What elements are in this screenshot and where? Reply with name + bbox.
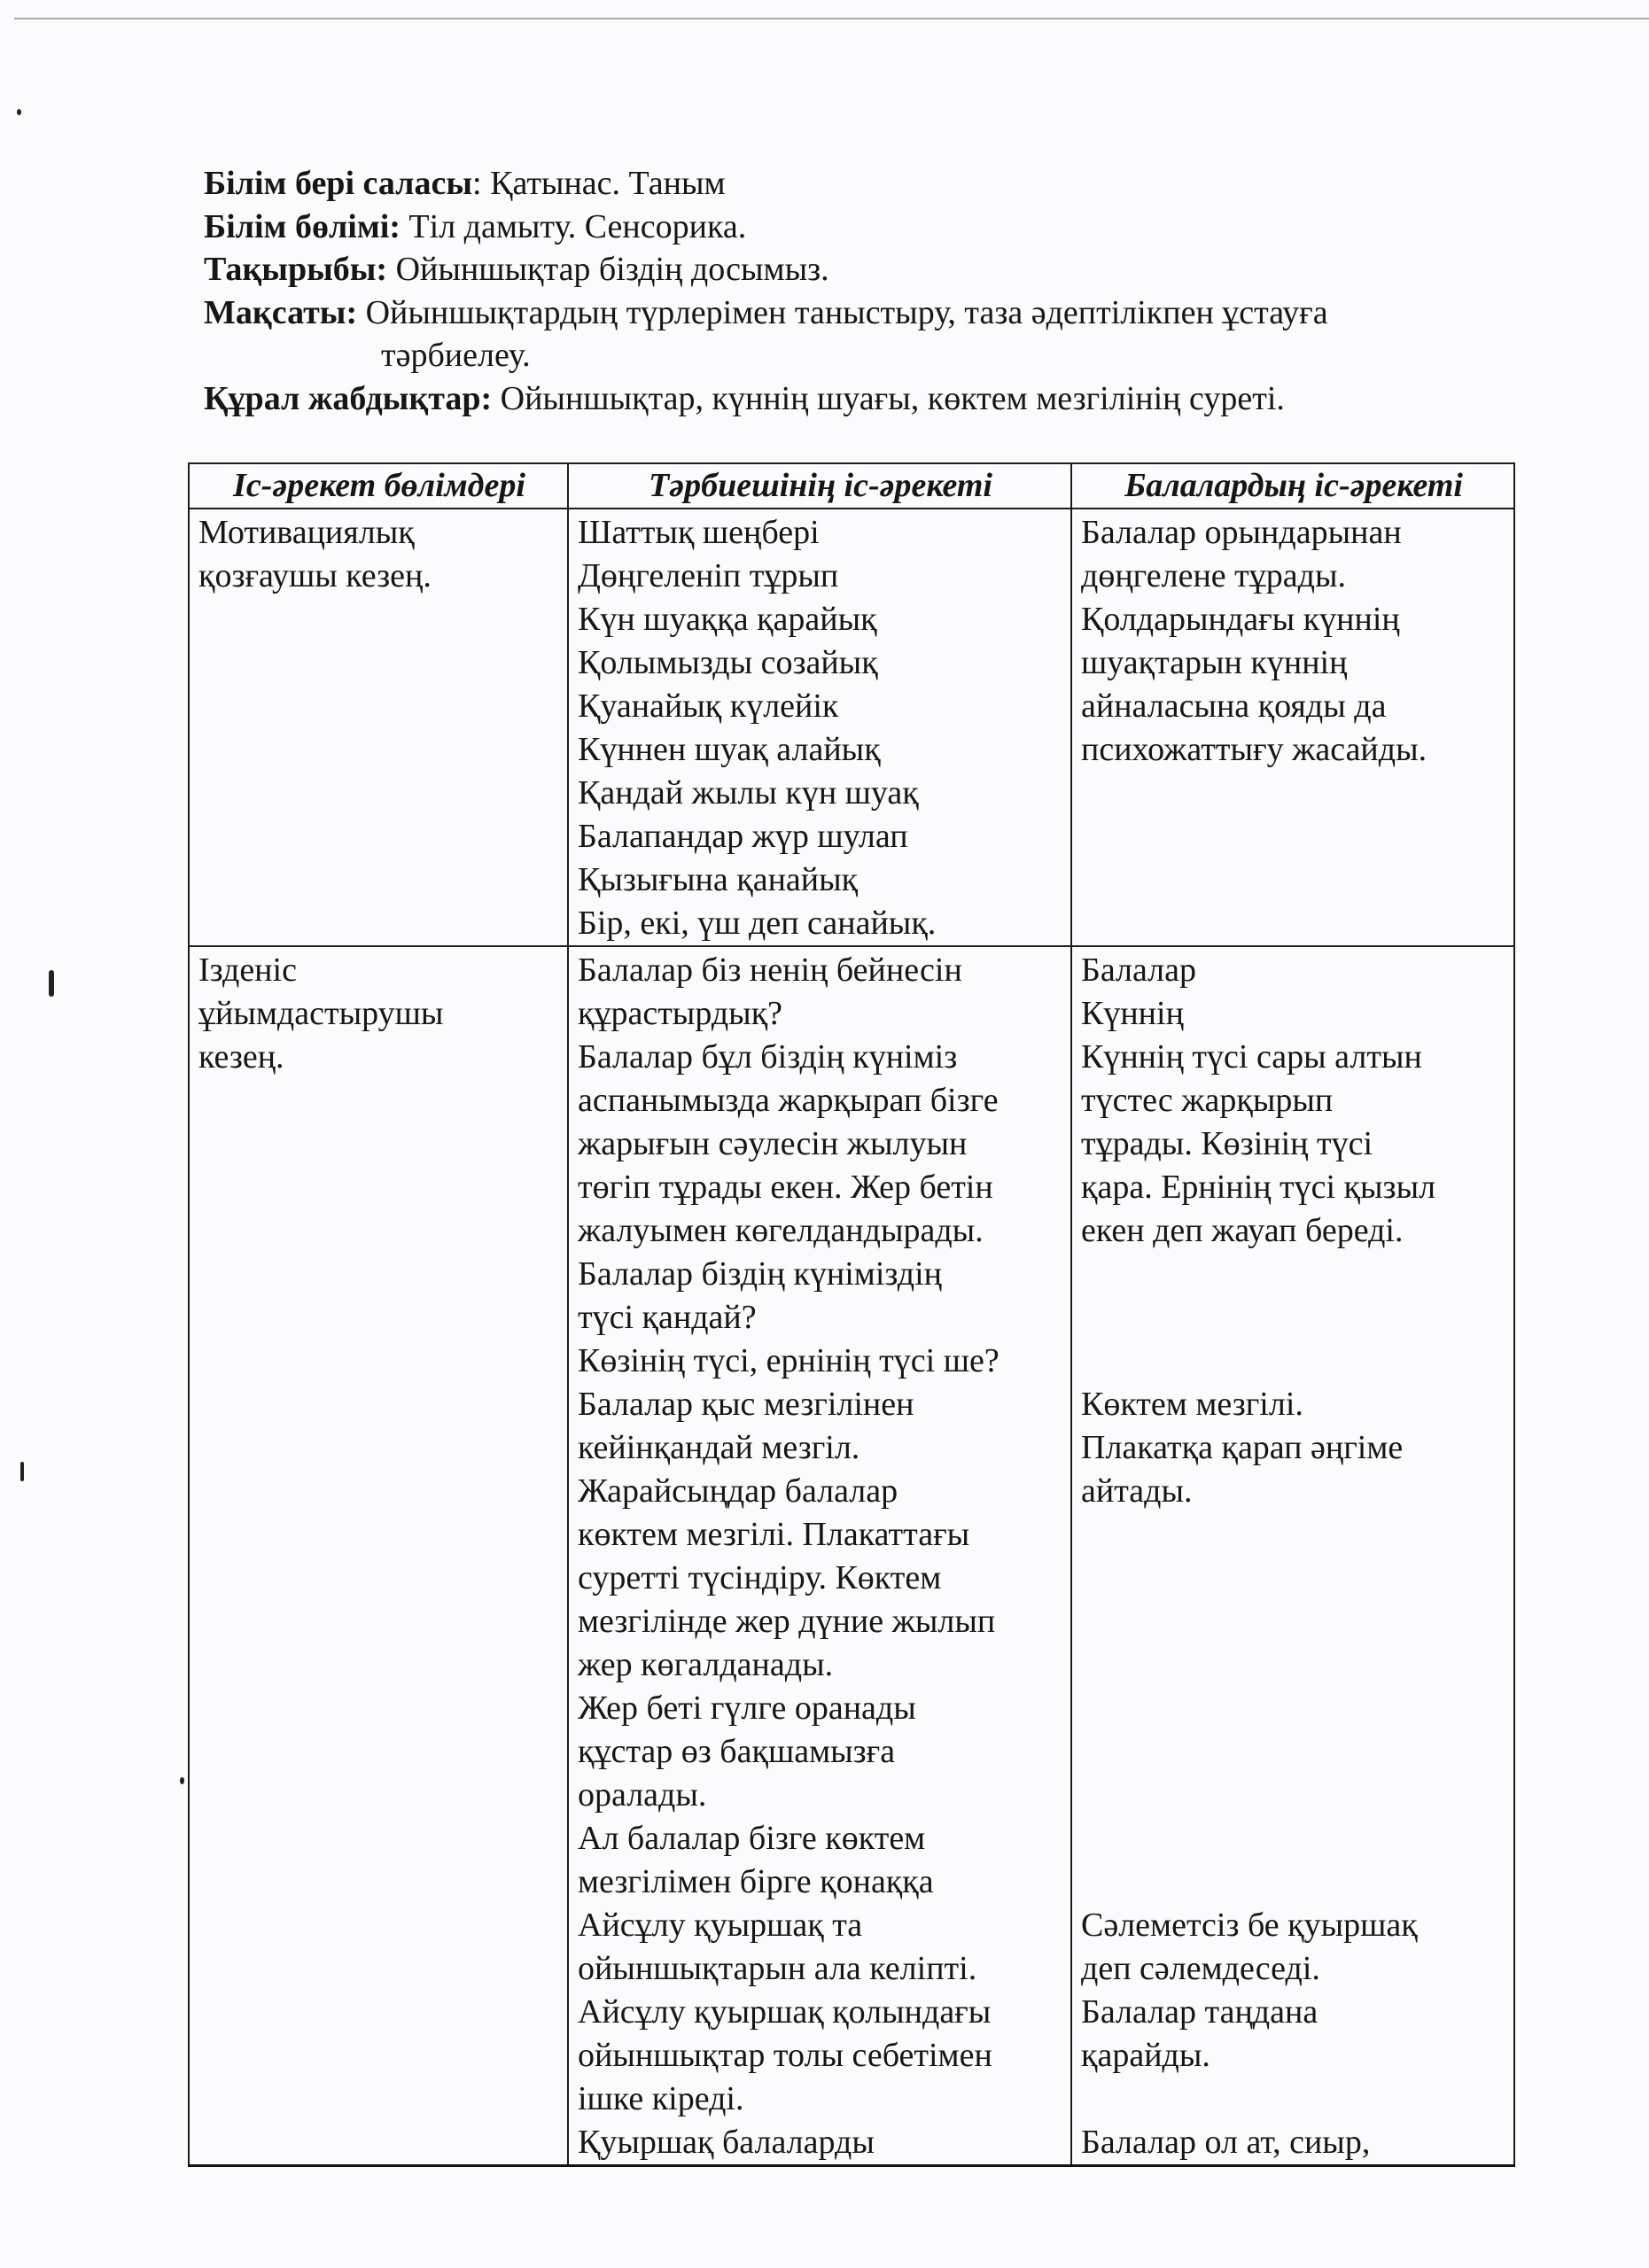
- cell-text-line: [1081, 1730, 1506, 1774]
- field-education-area: Білім бері саласы: Қатынас. Таным: [204, 162, 1515, 206]
- scan-speck: [49, 970, 54, 997]
- cell-text-line: Жер беті гүлге оранады: [578, 1687, 1063, 1730]
- field-equipment: Құрал жабдықтар: Ойыншықтар, күннің шуағ…: [204, 377, 1515, 421]
- cell-text-line: мезгілінде жер дүние жылып: [578, 1600, 1063, 1643]
- cell-text-line: шуақтарын күннің: [1081, 641, 1506, 685]
- cell-text-line: Жарайсыңдар балалар: [578, 1470, 1063, 1513]
- cell-text-line: тұрады. Көзінің түсі: [1081, 1122, 1506, 1166]
- field-goal: Мақсаты: Ойыншықтардың түрлерімен таныст…: [204, 291, 1515, 335]
- cell-text-line: Көктем мезгілі.: [1081, 1383, 1506, 1426]
- scan-speck: [180, 1777, 184, 1784]
- cell-text-line: ойыншықтар толы себетімен: [578, 2034, 1063, 2078]
- cell-text-line: құрастырдық?: [578, 992, 1063, 1036]
- cell-text-line: айтады.: [1081, 1470, 1506, 1513]
- cell-text-line: [1081, 1600, 1506, 1643]
- column-header-children: Балалардың іс-әрекеті: [1071, 463, 1514, 509]
- cell-text-line: психожаттығу жасайды.: [1081, 728, 1506, 772]
- cell-text-line: Балалар бұл біздің күніміз: [578, 1036, 1063, 1079]
- cell-text-line: Қызығына қанайық: [578, 858, 1063, 902]
- cell-text-line: суретті түсіндіру. Көктем: [578, 1557, 1063, 1600]
- lesson-header: Білім бері саласы: Қатынас. Таным Білім …: [204, 162, 1515, 420]
- cell-text-line: [1081, 2078, 1506, 2121]
- table-row: Ізденісұйымдастырушыкезең. Балалар біз н…: [189, 946, 1514, 2166]
- field-label: Мақсаты:: [204, 294, 357, 331]
- cell-text-line: дөңгелене тұрады.: [1081, 555, 1506, 598]
- cell-text-line: Күннің: [1081, 992, 1506, 1036]
- cell-text-line: Балапандар жүр шулап: [578, 815, 1063, 858]
- cell-text-line: түстес жарқырып: [1081, 1079, 1506, 1122]
- table-row: Мотивациялыққозғаушы кезең. Шаттық шеңбе…: [189, 509, 1514, 946]
- field-label: Білім бөлімі:: [204, 208, 401, 245]
- cell-text-line: көктем мезгілі. Плакаттағы: [578, 1513, 1063, 1557]
- teacher-cell: Балалар біз ненің бейнесінқұрастырдық?Ба…: [568, 946, 1071, 2166]
- cell-text-line: Қандай жылы күн шуақ: [578, 772, 1063, 815]
- cell-text-line: [1081, 1817, 1506, 1860]
- field-sep: :: [472, 165, 490, 202]
- cell-text-line: Мотивациялық: [198, 511, 560, 555]
- field-label: Тақырыбы:: [204, 251, 387, 288]
- cell-text-line: аспанымызда жарқырап бізге: [578, 1079, 1063, 1122]
- cell-text-line: [1081, 1687, 1506, 1730]
- cell-text-line: Балалар таңдана: [1081, 1991, 1506, 2034]
- field-value: Қатынас. Таным: [490, 165, 725, 202]
- stage-cell: Ізденісұйымдастырушыкезең.: [189, 946, 568, 2166]
- cell-text-line: жер көгалданады.: [578, 1643, 1063, 1687]
- stage-cell: Мотивациялыққозғаушы кезең.: [189, 509, 568, 946]
- field-label: Білім бері саласы: [204, 165, 472, 202]
- column-header-stage: Іс-әрекет бөлімдері: [189, 463, 568, 509]
- cell-text-line: [1081, 1643, 1506, 1687]
- field-value: Ойыншықтардың түрлерімен таныстыру, таза…: [366, 294, 1328, 331]
- lesson-plan-table: Іс-әрекет бөлімдері Тәрбиешінің іс-әреке…: [188, 462, 1515, 2167]
- cell-text-line: төгіп тұрады екен. Жер бетін: [578, 1166, 1063, 1209]
- scan-speck: [17, 109, 21, 115]
- field-sep: [357, 294, 366, 331]
- scan-edge-line: [14, 18, 1649, 19]
- cell-text-line: екен деп жауап береді.: [1081, 1209, 1506, 1253]
- cell-text-line: [1081, 1340, 1506, 1383]
- children-cell: Балалар орындарынандөңгелене тұрады.Қолд…: [1071, 509, 1514, 946]
- cell-text-line: ұйымдастырушы: [198, 992, 560, 1036]
- cell-text-line: Балалар ол ат, сиыр,: [1081, 2121, 1506, 2164]
- cell-text-line: қарайды.: [1081, 2034, 1506, 2078]
- cell-text-line: Ізденіс: [198, 949, 560, 992]
- field-value: Тіл дамыту. Сенсорика.: [408, 208, 746, 245]
- cell-text-line: [1081, 1557, 1506, 1600]
- cell-text-line: Балалар орындарынан: [1081, 511, 1506, 555]
- field-label: Құрал жабдықтар:: [204, 380, 492, 417]
- cell-text-line: Күннің түсі сары алтын: [1081, 1036, 1506, 1079]
- column-header-teacher: Тәрбиешінің іс-әрекеті: [568, 463, 1071, 509]
- cell-text-line: құстар өз бақшамызға: [578, 1730, 1063, 1774]
- cell-text-line: Балалар біз ненің бейнесін: [578, 949, 1063, 992]
- cell-text-line: [1081, 1513, 1506, 1557]
- cell-text-line: [1081, 1296, 1506, 1340]
- field-goal-continuation: тәрбиелеу.: [204, 334, 1515, 377]
- cell-text-line: Сәлеметсіз бе қуыршақ: [1081, 1904, 1506, 1947]
- field-value: Ойыншықтар біздің досымыз.: [396, 251, 829, 288]
- cell-text-line: Күннен шуақ алайық: [578, 728, 1063, 772]
- field-topic: Тақырыбы: Ойыншықтар біздің досымыз.: [204, 248, 1515, 291]
- field-sep: [401, 208, 409, 245]
- teacher-cell: Шаттық шеңберіДөңгеленіп тұрыпКүн шуаққа…: [568, 509, 1071, 946]
- cell-text-line: Плакатқа қарап әңгіме: [1081, 1426, 1506, 1470]
- cell-text-line: Бір, екі, үш деп санайық.: [578, 902, 1063, 945]
- cell-text-line: [1081, 1860, 1506, 1904]
- field-education-section: Білім бөлімі: Тіл дамыту. Сенсорика.: [204, 206, 1515, 249]
- cell-text-line: Қуанайық күлейік: [578, 685, 1063, 728]
- cell-text-line: түсі қандай?: [578, 1296, 1063, 1340]
- cell-text-line: Балалар қыс мезгілінен: [578, 1383, 1063, 1426]
- cell-text-line: деп сәлемдеседі.: [1081, 1947, 1506, 1991]
- cell-text-line: Көзінің түсі, ернінің түсі ше?: [578, 1340, 1063, 1383]
- children-cell: БалаларКүнніңКүннің түсі сары алтынтүсте…: [1071, 946, 1514, 2166]
- cell-text-line: Дөңгеленіп тұрып: [578, 555, 1063, 598]
- cell-text-line: жалуымен көгелдандырады.: [578, 1209, 1063, 1253]
- cell-text-line: [1081, 1774, 1506, 1817]
- cell-text-line: қара. Ернінің түсі қызыл: [1081, 1166, 1506, 1209]
- cell-text-line: ойыншықтарын ала келіпті.: [578, 1947, 1063, 1991]
- cell-text-line: жарығын сәулесін жылуын: [578, 1122, 1063, 1166]
- cell-text-line: ішке кіреді.: [578, 2078, 1063, 2121]
- field-value: Ойыншықтар, күннің шуағы, көктем мезгілі…: [501, 380, 1285, 417]
- field-value: тәрбиелеу.: [381, 337, 531, 374]
- scan-speck: [20, 1462, 24, 1481]
- cell-text-line: айналасына қояды да: [1081, 685, 1506, 728]
- cell-text-line: Қолымызды созайық: [578, 641, 1063, 685]
- cell-text-line: мезгілімен бірге қонаққа: [578, 1860, 1063, 1904]
- cell-text-line: Қолдарындағы күннің: [1081, 598, 1506, 641]
- cell-text-line: қозғаушы кезең.: [198, 555, 560, 598]
- cell-text-line: Балалар: [1081, 949, 1506, 992]
- field-sep: [492, 380, 501, 417]
- cell-text-line: кезең.: [198, 1036, 560, 1079]
- field-sep: [387, 251, 396, 288]
- cell-text-line: Қуыршақ балаларды: [578, 2121, 1063, 2164]
- cell-text-line: кейінқандай мезгіл.: [578, 1426, 1063, 1470]
- cell-text-line: Балалар біздің күніміздің: [578, 1253, 1063, 1296]
- table-header-row: Іс-әрекет бөлімдері Тәрбиешінің іс-әреке…: [189, 463, 1514, 509]
- cell-text-line: Айсұлу қуыршақ қолындағы: [578, 1991, 1063, 2034]
- cell-text-line: оралады.: [578, 1774, 1063, 1817]
- cell-text-line: Шаттық шеңбері: [578, 511, 1063, 555]
- cell-text-line: [1081, 1253, 1506, 1296]
- cell-text-line: Айсұлу қуыршақ та: [578, 1904, 1063, 1947]
- cell-text-line: Күн шуаққа қарайық: [578, 598, 1063, 641]
- cell-text-line: Ал балалар бізге көктем: [578, 1817, 1063, 1860]
